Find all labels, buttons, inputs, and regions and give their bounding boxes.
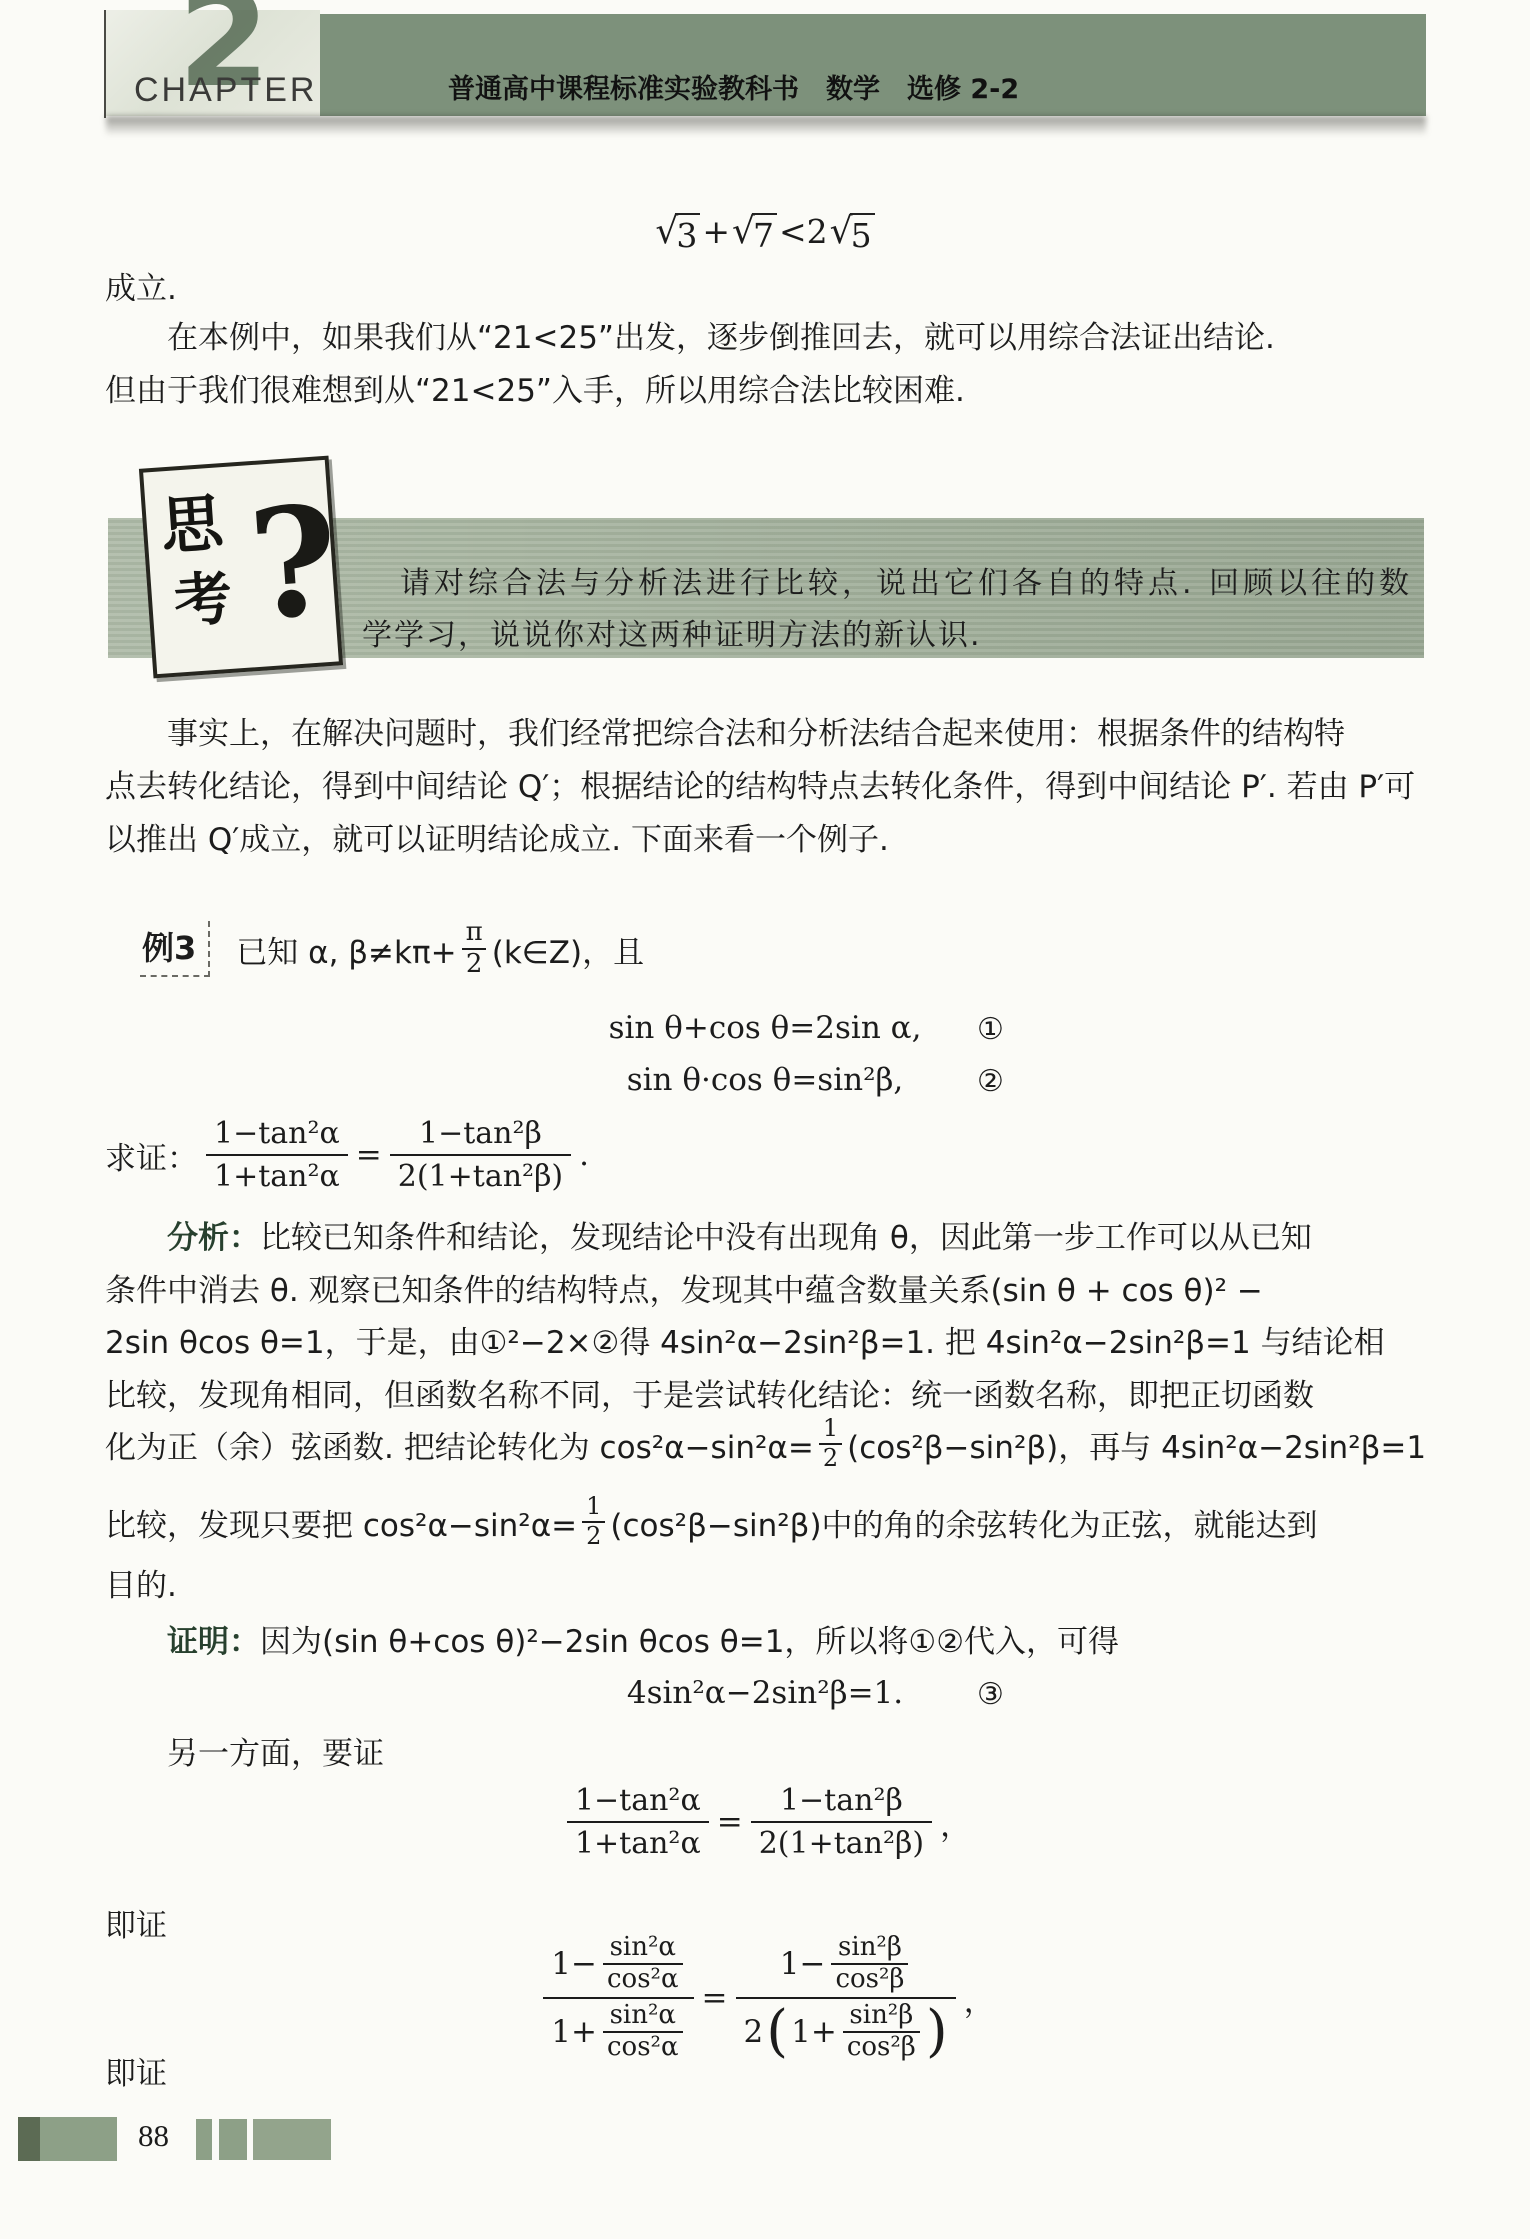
analysis-text: 化为正（余）弦函数. 把结论转化为 cos²α−sin²α=	[105, 1422, 814, 1467]
chapter-block: 2 CHAPTER	[106, 10, 320, 116]
equation-2-body: sin θ·cos θ=sin²β,	[627, 1062, 904, 1098]
fraction-denominator: 1+tan²α	[206, 1154, 348, 1198]
goal-statement: 求证： 1−tan²α 1+tan²α = 1−tan²β 2(1+tan²β)…	[105, 1105, 589, 1205]
example3-condition-text: (k∈Z)，且	[492, 927, 644, 972]
equation-2-tag: ②	[977, 1064, 1004, 1099]
fraction-denominator: cos²α	[603, 1963, 683, 1995]
fraction-denominator: 2	[819, 1443, 842, 1473]
analysis-text: 比较，发现只要把 cos²α−sin²α=	[105, 1500, 577, 1545]
coefficient: 2	[744, 2013, 764, 2052]
analysis-label: 分析：	[167, 1220, 260, 1256]
analysis-text: 比较已知条件和结论，发现结论中没有出现角 θ，因此第一步工作可以从已知	[260, 1220, 1312, 1256]
rhs-fraction: 1−tan²β 2(1+tan²β)	[751, 1780, 932, 1865]
nested-numerator: 1− sin²β cos²β	[772, 1931, 920, 1997]
fraction-numerator: sin²β	[834, 1933, 906, 1963]
analysis-line: 比较，发现只要把 cos²α−sin²α= 1 2 (cos²β−sin²β)中…	[105, 1486, 1435, 1558]
fraction-numerator: 1−tan²β	[411, 1113, 550, 1155]
term: 1−	[780, 1945, 826, 1984]
goal-rhs-fraction: 1−tan²β 2(1+tan²β)	[390, 1113, 571, 1198]
equation-3-tag: ③	[977, 1677, 1004, 1712]
textbook-page: 2 CHAPTER 普通高中课程标准实验教科书 数学 选修 2-2 √3+√7<…	[0, 0, 1530, 2239]
fraction-denominator: cos²β	[831, 1963, 908, 1995]
footer-block	[253, 2119, 331, 2160]
pi-over-2-fraction: π 2	[462, 918, 487, 980]
jizheng-text: 即证	[105, 2048, 1435, 2101]
analysis-line: 目的.	[105, 1560, 1435, 1613]
comma: ，	[940, 1800, 971, 1845]
less-than-operator: <	[779, 212, 807, 251]
footer-block	[219, 2119, 247, 2160]
fraction-denominator: 2(1+tan²β)	[751, 1821, 932, 1865]
period: .	[579, 1137, 589, 1173]
think-stamp-icon: 思 考 ?	[139, 456, 343, 679]
sin-cos-nested-fraction-equation: 1− sin²α cos²α 1+ sin²α cos²α = 1− sin²β	[105, 1928, 1425, 2068]
analysis-line: 2sin θcos θ=1，于是，由①²−2×②得 4sin²α−2sin²β=…	[105, 1317, 1435, 1370]
rhs-nested-fraction: 1− sin²β cos²β 2 ( 1+ sin²β cos²β )	[736, 1931, 956, 2065]
example3-intro: 例3 已知 α, β≠kπ+ π 2 (k∈Z)，且	[140, 905, 644, 993]
term: 1+	[791, 2013, 837, 2052]
equation-3-body: 4sin²α−2sin²β=1.	[627, 1675, 903, 1711]
radical-7: √7	[732, 213, 777, 255]
book-title: 普通高中课程标准实验教科书 数学 选修 2-2	[448, 67, 1019, 106]
term: 1+	[551, 2013, 597, 2052]
equals-sign: =	[717, 1804, 743, 1840]
radicand: 7	[752, 213, 777, 255]
fraction-numerator: 1	[582, 1493, 605, 1521]
intro-paragraph-line: 但由于我们很难想到从“21<25”入手，所以用综合法比较困难.	[105, 365, 1435, 418]
radicand: 3	[675, 213, 700, 255]
fraction-numerator: π	[462, 918, 487, 948]
fraction-numerator: 1	[819, 1415, 842, 1443]
lhs-nested-fraction: 1− sin²α cos²α 1+ sin²α cos²α	[543, 1931, 693, 2065]
lhs-fraction: 1−tan²α 1+tan²α	[567, 1780, 709, 1865]
goal-label: 求证：	[105, 1133, 198, 1178]
method-paragraph-line: 事实上，在解决问题时，我们经常把综合法和分析法结合起来使用：根据条件的结构特	[105, 708, 1435, 761]
equation-1-body: sin θ+cos θ=2sin α,	[609, 1010, 922, 1046]
method-paragraph-line: 点去转化结论，得到中间结论 Q′；根据结论的结构特点去转化条件，得到中间结论 P…	[105, 761, 1435, 814]
fraction-denominator: 2	[462, 948, 487, 980]
sin2a-cos2a-fraction: sin²α cos²α	[603, 1933, 683, 1995]
example3-label: 例3	[140, 921, 210, 977]
fraction-numerator: 1−tan²α	[206, 1113, 348, 1155]
equation-3: 4sin²α−2sin²β=1. ③	[105, 1675, 1425, 1711]
equation-2: sin θ·cos θ=sin²β, ②	[105, 1062, 1425, 1098]
think-box-line: 请对综合法与分析法进行比较，说出它们各自的特点. 回顾以往的数	[400, 558, 1413, 602]
proof-text: 因为(sin θ+cos θ)²−2sin θcos θ=1，所以将①②代入，可…	[260, 1624, 1119, 1660]
example3-given-text: 已知 α, β≠kπ+	[236, 927, 456, 972]
method-paragraph-line: 以推出 Q′成立，就可以证明结论成立. 下面来看一个例子.	[105, 814, 1435, 867]
header-banner: 普通高中课程标准实验教科书 数学 选修 2-2	[320, 14, 1426, 116]
fraction-denominator: 2(1+tan²β)	[390, 1154, 571, 1198]
fraction-numerator: sin²β	[845, 2001, 917, 2031]
radical-5: √5	[830, 213, 875, 255]
footer-block-dark	[18, 2117, 40, 2161]
one-half-fraction: 1 2	[582, 1493, 605, 1550]
stamp-char-kao: 考	[171, 551, 235, 639]
nested-numerator: 1− sin²α cos²α	[543, 1931, 693, 1997]
header-shadow	[106, 116, 1426, 136]
fraction-denominator: 2	[582, 1521, 605, 1551]
comma: ，	[964, 1976, 995, 2021]
equation-1: sin θ+cos θ=2sin α, ①	[105, 1010, 1425, 1046]
page-number: 88	[138, 2118, 169, 2154]
footer-block	[196, 2119, 212, 2160]
intro-paragraph-line: 在本例中，如果我们从“21<25”出发，逐步倒推回去，就可以用综合法证出结论.	[105, 312, 1435, 365]
sin2b-cos2b-fraction: sin²β cos²β	[831, 1933, 908, 1995]
holds-text: 成立.	[105, 263, 1435, 316]
fraction-numerator: sin²α	[606, 2001, 680, 2031]
proof-line: 证明：因为(sin θ+cos θ)²−2sin θcos θ=1，所以将①②代…	[105, 1616, 1435, 1669]
equals-sign: =	[702, 1980, 728, 2016]
analysis-text: (cos²β−sin²β)，再与 4sin²α−2sin²β=1	[847, 1422, 1426, 1467]
plus-operator: +	[702, 212, 730, 251]
analysis-line: 分析：比较已知条件和结论，发现结论中没有出现角 θ，因此第一步工作可以从已知	[105, 1212, 1435, 1265]
tan-fraction-equation: 1−tan²α 1+tan²α = 1−tan²β 2(1+tan²β) ，	[105, 1772, 1425, 1872]
one-half-fraction: 1 2	[819, 1415, 842, 1472]
fraction-denominator: 1+tan²α	[567, 1821, 709, 1865]
coefficient: 2	[807, 212, 828, 251]
equation-1-tag: ①	[977, 1012, 1004, 1047]
analysis-text: (cos²β−sin²β)中的角的余弦转化为正弦，就能达到	[610, 1500, 1317, 1545]
analysis-line: 化为正（余）弦函数. 把结论转化为 cos²α−sin²α= 1 2 (cos²…	[105, 1408, 1435, 1480]
fraction-numerator: sin²α	[606, 1933, 680, 1963]
radical-3: √3	[655, 213, 700, 255]
chapter-label: CHAPTER	[134, 71, 317, 110]
analysis-line: 条件中消去 θ. 观察已知条件的结构特点，发现其中蕴含数量关系(sin θ + …	[105, 1265, 1435, 1318]
goal-lhs-fraction: 1−tan²α 1+tan²α	[206, 1113, 348, 1198]
sqrt-inequality-formula: √3+√7<2√5	[105, 212, 1425, 255]
equals-sign: =	[356, 1137, 382, 1173]
think-box-line: 学学习，说说你对这两种证明方法的新认识.	[362, 610, 982, 654]
proof-label: 证明：	[167, 1624, 260, 1660]
fraction-numerator: 1−tan²α	[567, 1780, 709, 1822]
term: 1−	[551, 1945, 597, 1984]
radicand: 5	[850, 213, 875, 255]
footer-block	[40, 2117, 117, 2161]
fraction-numerator: 1−tan²β	[772, 1780, 911, 1822]
question-mark-icon: ?	[245, 485, 343, 641]
